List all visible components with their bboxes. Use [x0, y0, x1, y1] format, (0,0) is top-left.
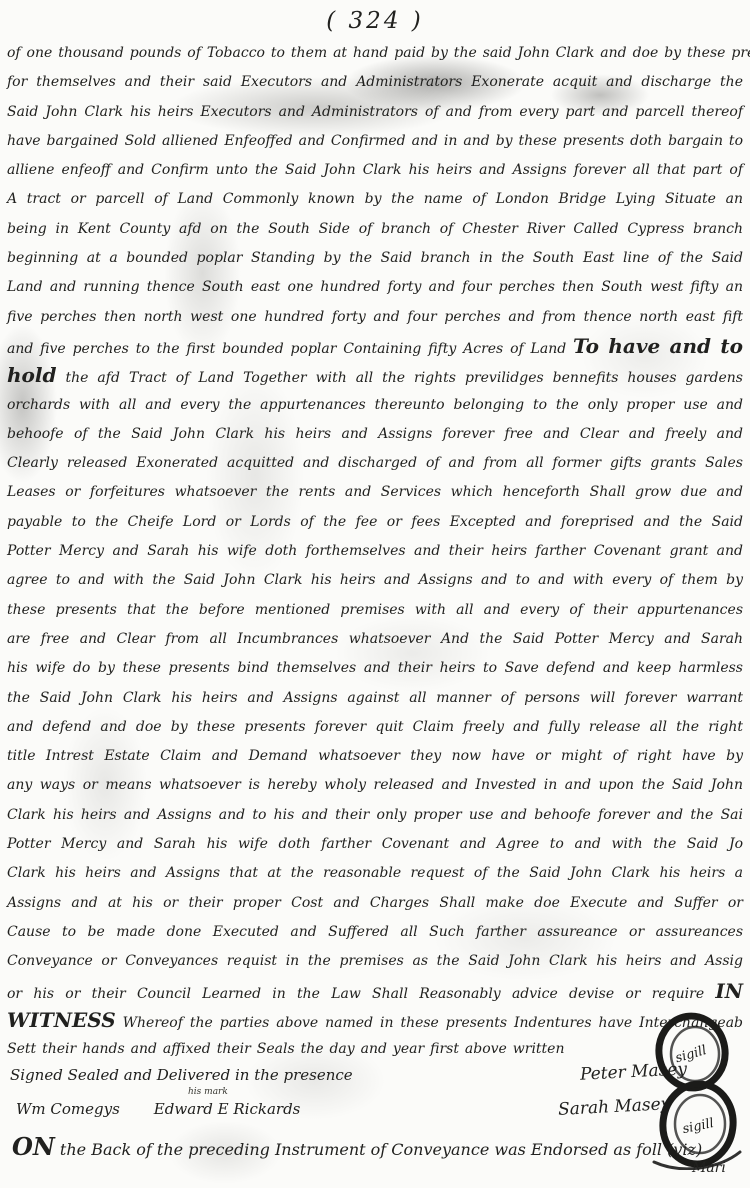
- document-line: these presents that the before mentioned…: [7, 596, 743, 625]
- document-line: Said John Clark his heirs Executors and …: [7, 98, 743, 127]
- document-line: agree to and with the Said John Clark hi…: [7, 566, 743, 595]
- document-line: hold the afd Tract of Land Together with…: [7, 361, 743, 390]
- document-line: beginning at a bounded poplar Standing b…: [7, 244, 743, 273]
- document-line: alliene enfeoff and Confirm unto the Sai…: [7, 156, 743, 185]
- document-line: of one thousand pounds of Tobacco to the…: [7, 39, 743, 68]
- document-line: are free and Clear from all Incumbrances…: [7, 625, 743, 654]
- document-line: any ways or means whatsoever is hereby w…: [7, 771, 743, 800]
- document-line: Conveyance or Conveyances requist in the…: [7, 947, 743, 976]
- document-line: Land and running thence South east one h…: [7, 273, 743, 302]
- document-line: Assigns and at his or their proper Cost …: [7, 889, 743, 918]
- attestation-line: Signed Sealed and Delivered in the prese…: [10, 1066, 410, 1084]
- document-line: Cause to be made done Executed and Suffe…: [7, 918, 743, 947]
- witness-edward-rickards: Edward E Rickards: [154, 1100, 301, 1118]
- document-line: WITNESS Whereof the parties above named …: [7, 1006, 743, 1035]
- endorsement-line: ON the Back of the preceding Instrument …: [12, 1132, 712, 1161]
- document-line: being in Kent County afd on the South Si…: [7, 215, 743, 244]
- document-line: A tract or parcell of Land Commonly know…: [7, 185, 743, 214]
- document-line: the Said John Clark his heirs and Assign…: [7, 684, 743, 713]
- document-line: his wife do by these presents bind thems…: [7, 654, 743, 683]
- document-line: or his or their Council Learned in the L…: [7, 977, 743, 1006]
- document-line: Clark his heirs and Assigns that at the …: [7, 859, 743, 888]
- document-line: for themselves and their said Executors …: [7, 68, 743, 97]
- endorsement-text: the Back of the preceding Instrument of …: [55, 1140, 702, 1159]
- document-line: have bargained Sold alliened Enfeoffed a…: [7, 127, 743, 156]
- document-page: ( 324 ) of one thousand pounds of Tobacc…: [0, 0, 750, 1188]
- document-line: Clearly released Exonerated acquitted an…: [7, 449, 743, 478]
- document-line: payable to the Cheife Lord or Lords of t…: [7, 508, 743, 537]
- catchword: Mari: [692, 1160, 726, 1176]
- document-line: orchards with all and every the appurten…: [7, 391, 743, 420]
- his-mark-note: his mark: [188, 1087, 228, 1097]
- page-number: ( 324 ): [0, 8, 750, 34]
- document-line: Potter Mercy and Sarah his wife doth far…: [7, 830, 743, 859]
- document-line: Potter Mercy and Sarah his wife doth for…: [7, 537, 743, 566]
- seal-label-1: sigill: [674, 1043, 709, 1066]
- document-line: Clark his heirs and Assigns and to his a…: [7, 801, 743, 830]
- document-line: behoofe of the Said John Clark his heirs…: [7, 420, 743, 449]
- document-line: and five perches to the first bounded po…: [7, 332, 743, 361]
- endorsement-initial: ON: [12, 1132, 55, 1161]
- witness-names: Wm ComegysEdward E Rickards his mark: [16, 1100, 436, 1118]
- document-body: of one thousand pounds of Tobacco to the…: [7, 39, 743, 1064]
- document-line: title Intrest Estate Claim and Demand wh…: [7, 742, 743, 771]
- document-line: and defend and doe by these presents for…: [7, 713, 743, 742]
- document-line: Leases or forfeitures whatsoever the ren…: [7, 478, 743, 507]
- witness-wm-comegys: Wm Comegys: [16, 1100, 120, 1118]
- document-line: Sett their hands and affixed their Seals…: [7, 1035, 743, 1064]
- document-line: five perches then north west one hundred…: [7, 303, 743, 332]
